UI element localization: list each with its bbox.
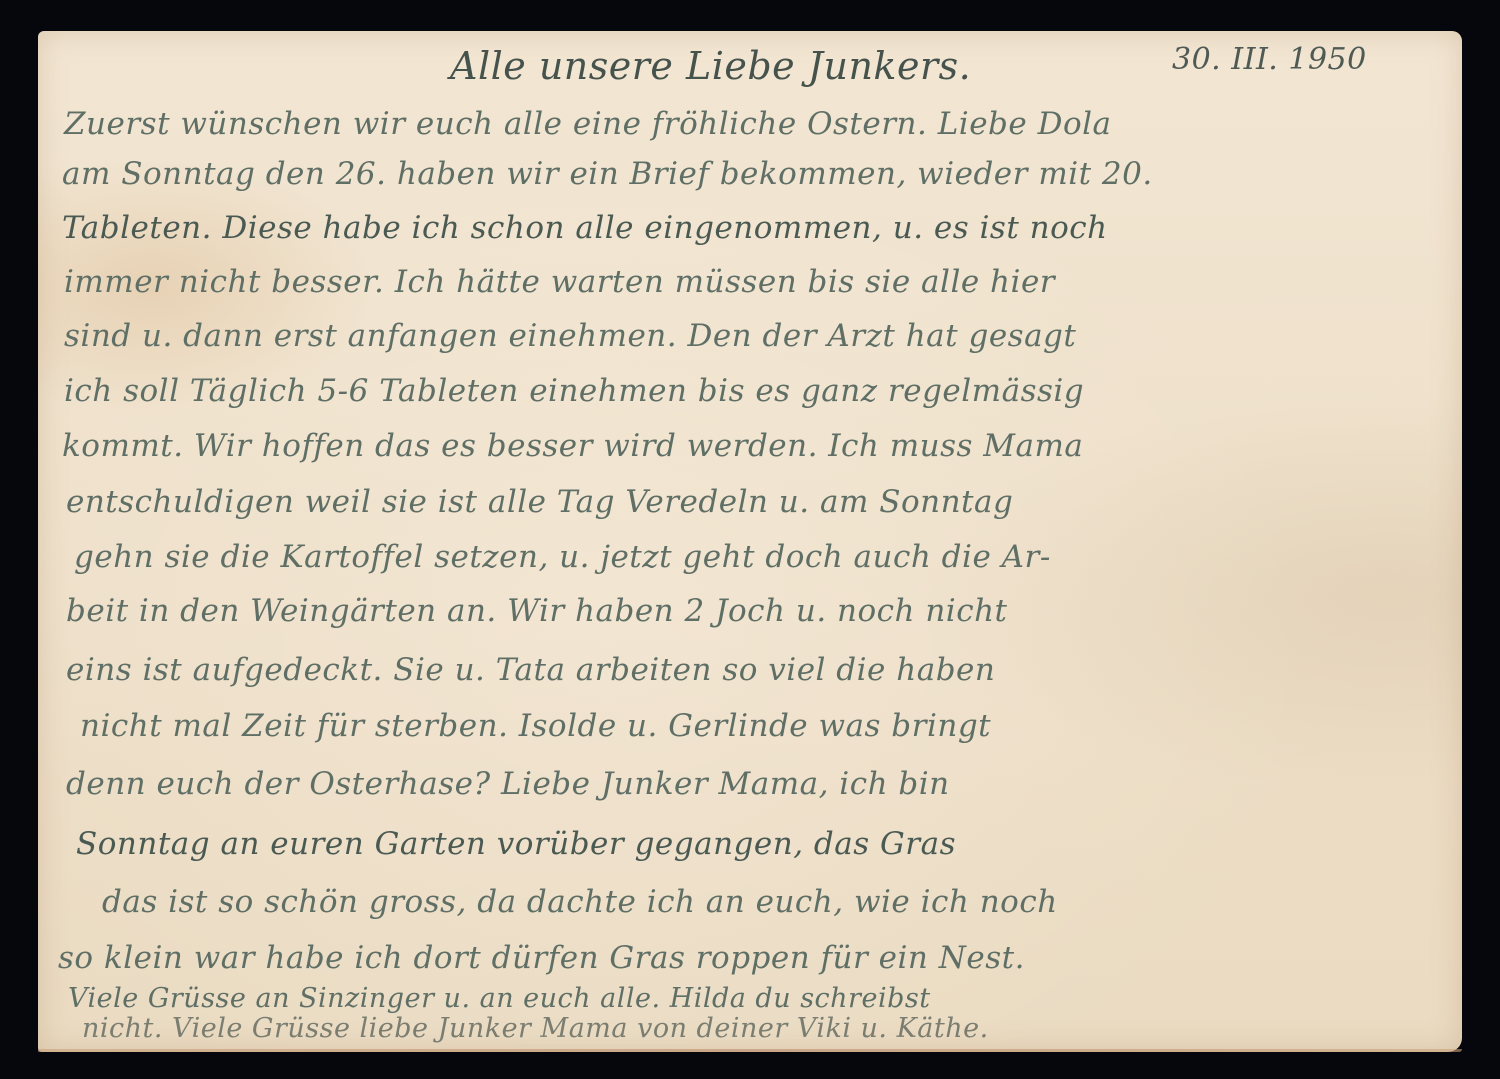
date: 30. III. 1950 (1172, 45, 1367, 75)
text-line-10: beit in den Weingärten an. Wir haben 2 J… (66, 596, 1008, 627)
text-line-6: ich soll Täglich 5-6 Tableten einehmen b… (64, 376, 1084, 407)
text-line-17: Viele Grüsse an Sinzinger u. an euch all… (68, 985, 931, 1012)
text-line-13: denn euch der Osterhase? Liebe Junker Ma… (66, 769, 950, 800)
text-line-18: nicht. Viele Grüsse liebe Junker Mama vo… (82, 1015, 989, 1042)
text-line-1: Zuerst wünschen wir euch alle eine fröhl… (64, 109, 1112, 140)
text-line-11: eins ist aufgedeckt. Sie u. Tata arbeite… (66, 655, 995, 686)
text-line-3: Tableten. Diese habe ich schon alle eing… (62, 213, 1108, 244)
text-line-9: gehn sie die Kartoffel setzen, u. jetzt … (74, 542, 1051, 573)
text-line-4: immer nicht besser. Ich hätte warten müs… (64, 267, 1055, 298)
text-line-7: kommt. Wir hoffen das es besser wird wer… (62, 431, 1083, 462)
text-line-16: so klein war habe ich dort dürfen Gras r… (58, 943, 1025, 974)
text-line-5: sind u. dann erst anfangen einehmen. Den… (64, 321, 1076, 352)
text-line-8: entschuldigen weil sie ist alle Tag Vere… (66, 487, 1013, 518)
salutation: Alle unsere Liebe Junkers. (450, 47, 971, 85)
text-line-2: am Sonntag den 26. haben wir ein Brief b… (62, 159, 1153, 190)
text-line-14: Sonntag an euren Garten vorüber gegangen… (76, 829, 956, 860)
postcard: Alle unsere Liebe Junkers. 30. III. 1950… (38, 31, 1462, 1052)
text-line-12: nicht mal Zeit für sterben. Isolde u. Ge… (80, 711, 991, 742)
text-line-15: das ist so schön gross, da dachte ich an… (102, 887, 1058, 918)
